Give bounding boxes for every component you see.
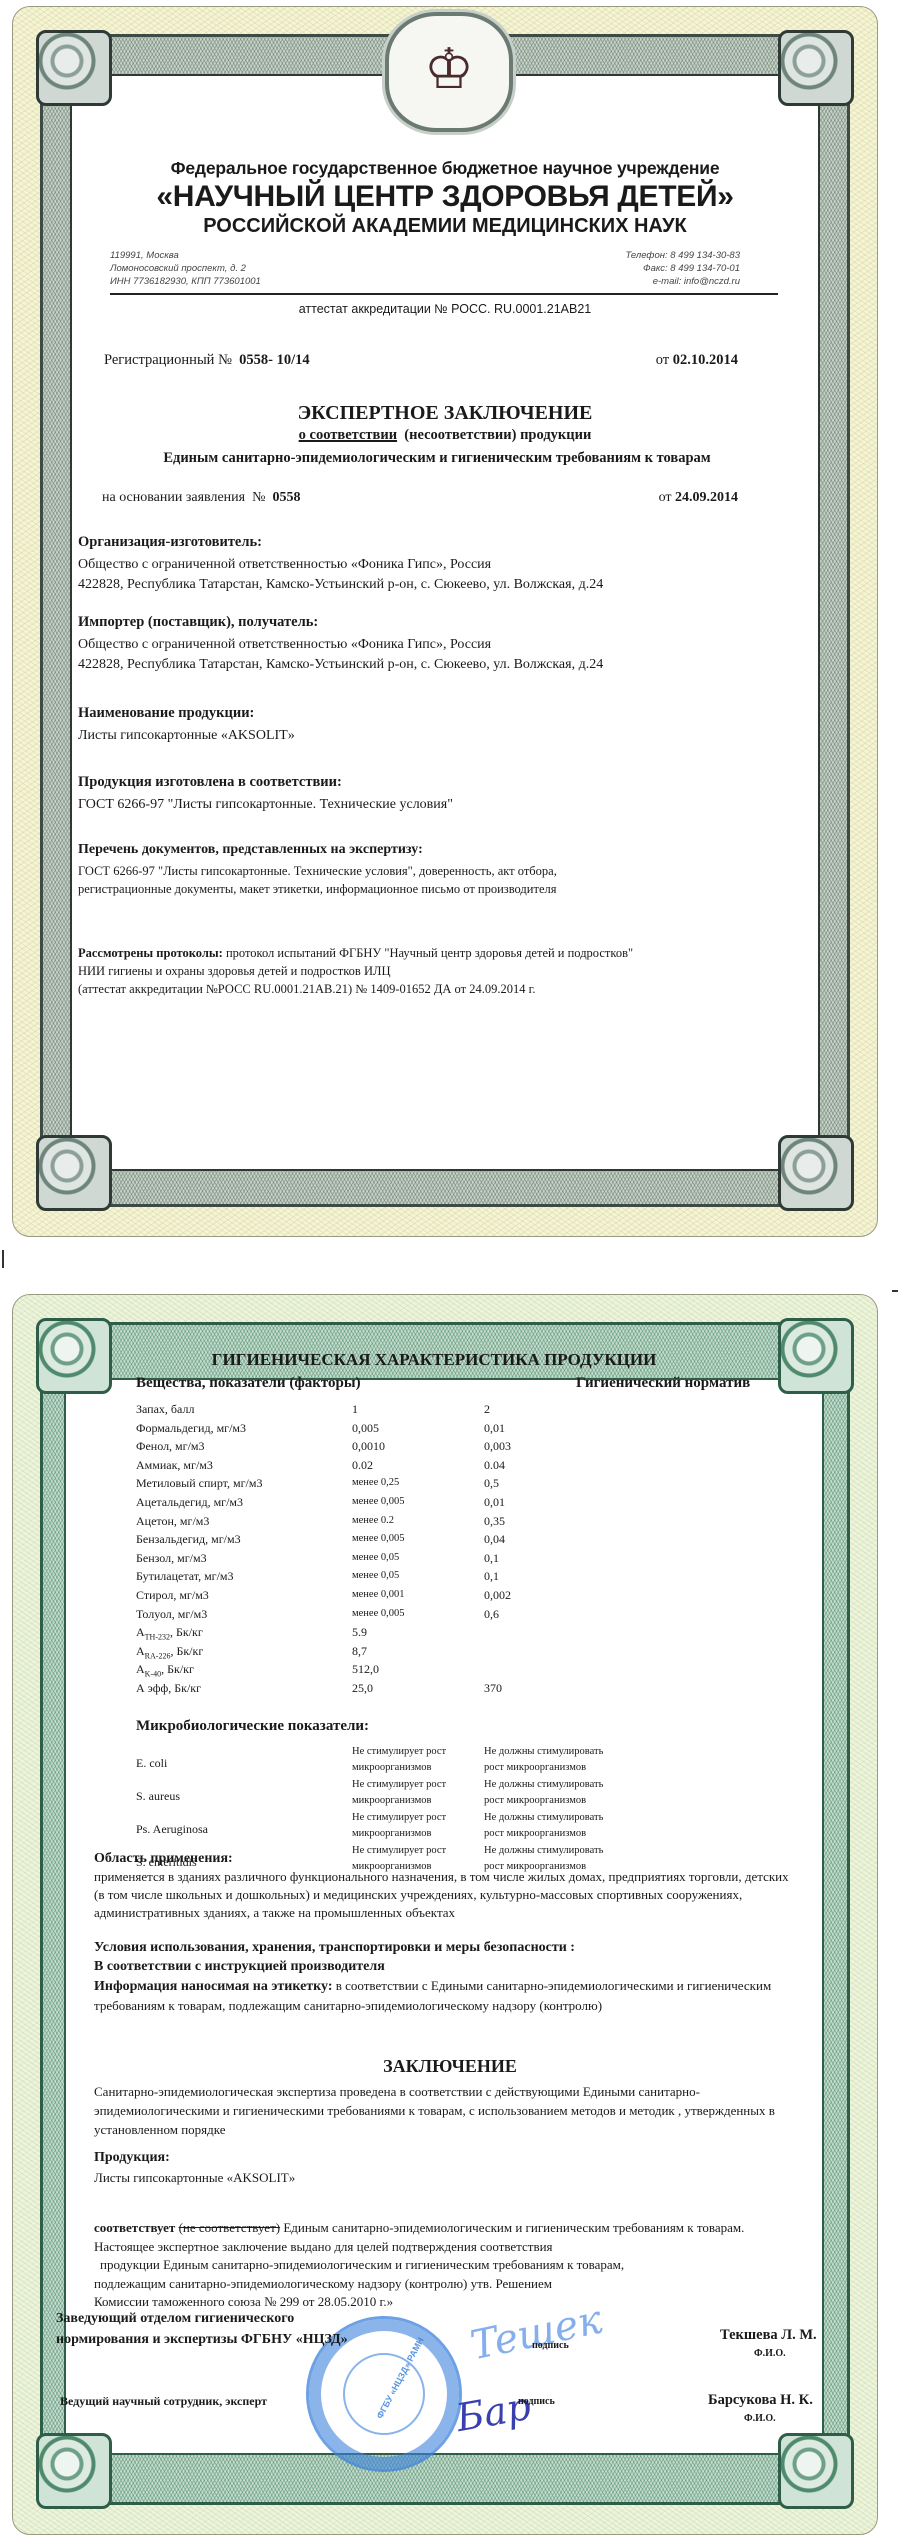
measured-value: 25,0 [352, 1679, 373, 1697]
document-title-sub: о соответствии (несоответствии) продукци… [82, 427, 808, 444]
product-name: Листы гипсокартонные «AKSOLIT» [78, 726, 808, 746]
measured-value: менее 0,05 [352, 1549, 399, 1567]
email: e-mail: info@nczd.ru [625, 275, 740, 288]
fio-label: Ф.И.О. [754, 2348, 786, 2359]
col-substances: Вещества, показатели (факторы) [136, 1375, 361, 1392]
application-number: 0558 [272, 490, 300, 505]
measured-value: менее 0,005 [352, 1605, 405, 1623]
measured-value: менее 0,05 [352, 1567, 399, 1585]
substance-name: Формальдегид, мг/м3 [136, 1419, 246, 1437]
table-row: Фенол, мг/м30,00100,003 [136, 1437, 776, 1456]
norm-value: 0,01 [484, 1419, 505, 1437]
application-area-section: Область применения: применяется в здания… [94, 1850, 800, 1922]
measured-value: 0,005 [352, 1419, 379, 1437]
registration-number: 0558- 10/14 [239, 352, 309, 368]
manufacturer-section: Организация-изготовитель: Общество с огр… [78, 532, 808, 595]
protocols-section: Рассмотрены протоколы: протокол испытани… [78, 944, 808, 998]
norm-value: Не должны стимулировать рост микрооргани… [484, 1810, 624, 1842]
substance-name: Бензальдегид, мг/м3 [136, 1530, 241, 1548]
microorganism-name: E. coli [136, 1756, 167, 1771]
norm-value: Не должны стимулировать рост микрооргани… [484, 1744, 624, 1776]
norm-value: 0,002 [484, 1586, 511, 1604]
conclusion-result: соответствует (не соответствует) Единым … [94, 2219, 804, 2312]
measured-value: 0.02 [352, 1456, 373, 1474]
table-row: Ацетальдегид, мг/м3менее 0,0050,01 [136, 1493, 776, 1512]
measured-value: 0,0010 [352, 1437, 385, 1455]
document-title: ЭКСПЕРТНОЕ ЗАКЛЮЧЕНИЕ о соответствии (не… [82, 402, 808, 467]
norm-value: 0,5 [484, 1474, 499, 1492]
measured-value: менее 0,005 [352, 1493, 405, 1511]
micro-heading: Микробиологические показатели: [136, 1718, 369, 1735]
phone: Телефон: 8 499 134-30-83 [625, 249, 740, 262]
manufacturer-name: Общество с ограниченной ответственностью… [78, 555, 808, 575]
norm-value: 0,003 [484, 1437, 511, 1455]
measured-value: 512,0 [352, 1660, 379, 1678]
institution-header: Федеральное государственное бюджетное на… [82, 158, 808, 238]
micro-row: E. coliНе стимулирует рост микроорганизм… [136, 1744, 776, 1780]
ornament-corner-icon [36, 2433, 112, 2509]
header-divider [110, 293, 778, 295]
norm-value: 0,6 [484, 1605, 499, 1623]
norm-value: Не должны стимулировать рост микрооргани… [484, 1777, 624, 1809]
documents-section: Перечень документов, представленных на э… [78, 841, 808, 898]
institution-phones: Телефон: 8 499 134-30-83 Факс: 8 499 134… [625, 249, 740, 288]
norm-value: 370 [484, 1679, 502, 1697]
conclusion-text: Санитарно-эпидемиологическая экспертиза … [94, 2082, 800, 2139]
ornament-corner-icon [778, 30, 854, 106]
norm-value: 0,1 [484, 1567, 499, 1585]
fax: Факс: 8 499 134-70-01 [625, 262, 740, 275]
conditions-section: Условия использования, хранения, транспо… [94, 1938, 800, 2015]
norm-value: 0,04 [484, 1530, 505, 1548]
signatory-1-position: Заведующий отделом гигиенического нормир… [56, 2308, 348, 2350]
measured-value: 8,7 [352, 1642, 367, 1660]
substance-name: Аммиак, мг/м3 [136, 1456, 213, 1474]
table-row: Толуол, мг/м3менее 0,0050,6 [136, 1605, 776, 1624]
signature-label: подпись [518, 2396, 555, 2407]
coat-of-arms-icon: ♔ [385, 12, 513, 132]
institution-name: «НАУЧНЫЙ ЦЕНТР ЗДОРОВЬЯ ДЕТЕЙ» [82, 179, 808, 215]
signatory-2-name: Барсукова Н. К. [708, 2392, 813, 2409]
measured-value: менее 0,005 [352, 1530, 405, 1548]
measured-value: менее 0,25 [352, 1474, 399, 1492]
fio-label: Ф.И.О. [744, 2413, 776, 2424]
product-name-section: Наименование продукции: Листы гипсокарто… [78, 703, 808, 746]
table-row: Бутилацетат, мг/м3менее 0,050,1 [136, 1567, 776, 1586]
measured-value: менее 0,001 [352, 1586, 405, 1604]
document-title-main: ЭКСПЕРТНОЕ ЗАКЛЮЧЕНИЕ [82, 402, 808, 425]
registration-date: 02.10.2014 [673, 352, 738, 368]
hygiene-table: Запах, балл12Формальдегид, мг/м30,0050,0… [136, 1400, 776, 1698]
not-complies-struck: (не соответствует) [179, 2220, 281, 2235]
table-row: Ацетон, мг/м3менее 0.20,35 [136, 1512, 776, 1531]
table-row: AK-40, Бк/кг512,0 [136, 1660, 776, 1679]
norm-value: 0.04 [484, 1456, 505, 1474]
substance-name: Толуол, мг/м3 [136, 1605, 207, 1623]
substance-name: Метиловый спирт, мг/м3 [136, 1474, 262, 1492]
substance-name: Запах, балл [136, 1400, 194, 1418]
substance-name: Ацетальдегид, мг/м3 [136, 1493, 243, 1511]
application-area-text: применяется в зданиях различного функцио… [94, 1868, 800, 1922]
document-title-requirements: Единым санитарно-эпидемиологическим и ги… [66, 450, 808, 467]
radionuclide-name: А эфф, Бк/кг [136, 1679, 201, 1702]
institution-type: Федеральное государственное бюджетное на… [82, 158, 808, 179]
table-row: Формальдегид, мг/м30,0050,01 [136, 1419, 776, 1438]
institution-academy: РОССИЙСКОЙ АКАДЕМИИ МЕДИЦИНСКИХ НАУК [82, 215, 808, 238]
substance-name: Фенол, мг/м3 [136, 1437, 205, 1455]
institution-address: 119991, Москва Ломоносовский проспект, д… [110, 249, 261, 288]
norm-value: 0,01 [484, 1493, 505, 1511]
conclusion-heading: ЗАКЛЮЧЕНИЕ [60, 2056, 840, 2077]
measured-value: Не стимулирует рост микроорганизмов [352, 1777, 482, 1809]
application-basis: на основании заявления № 0558 от 24.09.2… [82, 490, 808, 512]
conditions-value: В соответствии с инструкцией производите… [94, 1957, 800, 1976]
micro-row: Ps. AeruginosaНе стимулирует рост микроо… [136, 1810, 776, 1846]
table-row: Стирол, мг/м3менее 0,0010,002 [136, 1586, 776, 1605]
conclusion-product-name: Листы гипсокартонные «AKSOLIT» [94, 2168, 295, 2188]
standard-value: ГОСТ 6266-97 "Листы гипсокартонные. Техн… [78, 795, 808, 815]
substance-name: Ацетон, мг/м3 [136, 1512, 209, 1530]
importer-section: Импортер (поставщик), получатель: Общест… [78, 612, 808, 675]
substance-name: Стирол, мг/м3 [136, 1586, 209, 1604]
signatory-2-position: Ведущий научный сотрудник, эксперт [60, 2394, 267, 2409]
ornament-corner-icon [778, 1135, 854, 1211]
conclusion-product: Продукция: Листы гипсокартонные «AKSOLIT… [94, 2148, 295, 2188]
hygiene-characteristics-title: ГИГИЕНИЧЕСКАЯ ХАРАКТЕРИСТИКА ПРОДУКЦИИ [60, 1350, 808, 1370]
table-row: Метиловый спирт, мг/м3менее 0,250,5 [136, 1474, 776, 1493]
registration-line: Регистрационный № 0558- 10/14 от 02.10.2… [82, 352, 808, 374]
scan-edge-mark [2, 1250, 4, 1268]
measured-value: менее 0.2 [352, 1512, 394, 1530]
ornament-corner-icon [36, 1135, 112, 1211]
table-row: Бензальдегид, мг/м3менее 0,0050,04 [136, 1530, 776, 1549]
substance-name: Бензол, мг/м3 [136, 1549, 207, 1567]
table-row: Запах, балл12 [136, 1400, 776, 1419]
table-row: Бензол, мг/м3менее 0,050,1 [136, 1549, 776, 1568]
norm-value: 2 [484, 1400, 490, 1418]
complies-verdict: соответствует [94, 2220, 175, 2235]
application-date: 24.09.2014 [675, 490, 738, 505]
measured-value: 1 [352, 1400, 358, 1418]
standard-section: Продукция изготовлена в соответствии: ГО… [78, 772, 808, 815]
manufacturer-address: 422828, Республика Татарстан, Камско-Уст… [78, 575, 808, 595]
signatory-1-name: Текшева Л. М. [720, 2327, 817, 2344]
importer-address: 422828, Республика Татарстан, Камско-Уст… [78, 655, 808, 675]
measured-value: Не стимулирует рост микроорганизмов [352, 1810, 482, 1842]
table-row: ARA-226, Бк/кг8,7 [136, 1642, 776, 1661]
measured-value: 5.9 [352, 1623, 367, 1641]
norm-value: 0,1 [484, 1549, 499, 1567]
importer-name: Общество с ограниченной ответственностью… [78, 635, 808, 655]
double-headed-eagle-icon: ♔ [424, 39, 474, 101]
table-row: А эфф, Бк/кг25,0370 [136, 1679, 776, 1698]
col-norm: Гигиенический норматив [576, 1375, 750, 1392]
measured-value: Не стимулирует рост микроорганизмов [352, 1744, 482, 1776]
ornament-corner-icon [36, 30, 112, 106]
microorganism-name: S. aureus [136, 1789, 180, 1804]
substance-name: Бутилацетат, мг/м3 [136, 1567, 234, 1585]
accreditation-line: аттестат аккредитации № РОСС. RU.0001.21… [82, 302, 808, 316]
institution-contacts: 119991, Москва Ломоносовский проспект, д… [82, 249, 808, 299]
table-row: ATH-232, Бк/кг5.9 [136, 1623, 776, 1642]
table-row: Аммиак, мг/м30.020.04 [136, 1456, 776, 1475]
ornament-corner-icon [778, 2433, 854, 2509]
norm-value: 0,35 [484, 1512, 505, 1530]
micro-row: S. aureusНе стимулирует рост микрооргани… [136, 1777, 776, 1813]
signature-label: подпись [532, 2340, 569, 2351]
microorganism-name: Ps. Aeruginosa [136, 1822, 208, 1837]
hygiene-table-header: Вещества, показатели (факторы) Гигиениче… [82, 1375, 808, 1397]
